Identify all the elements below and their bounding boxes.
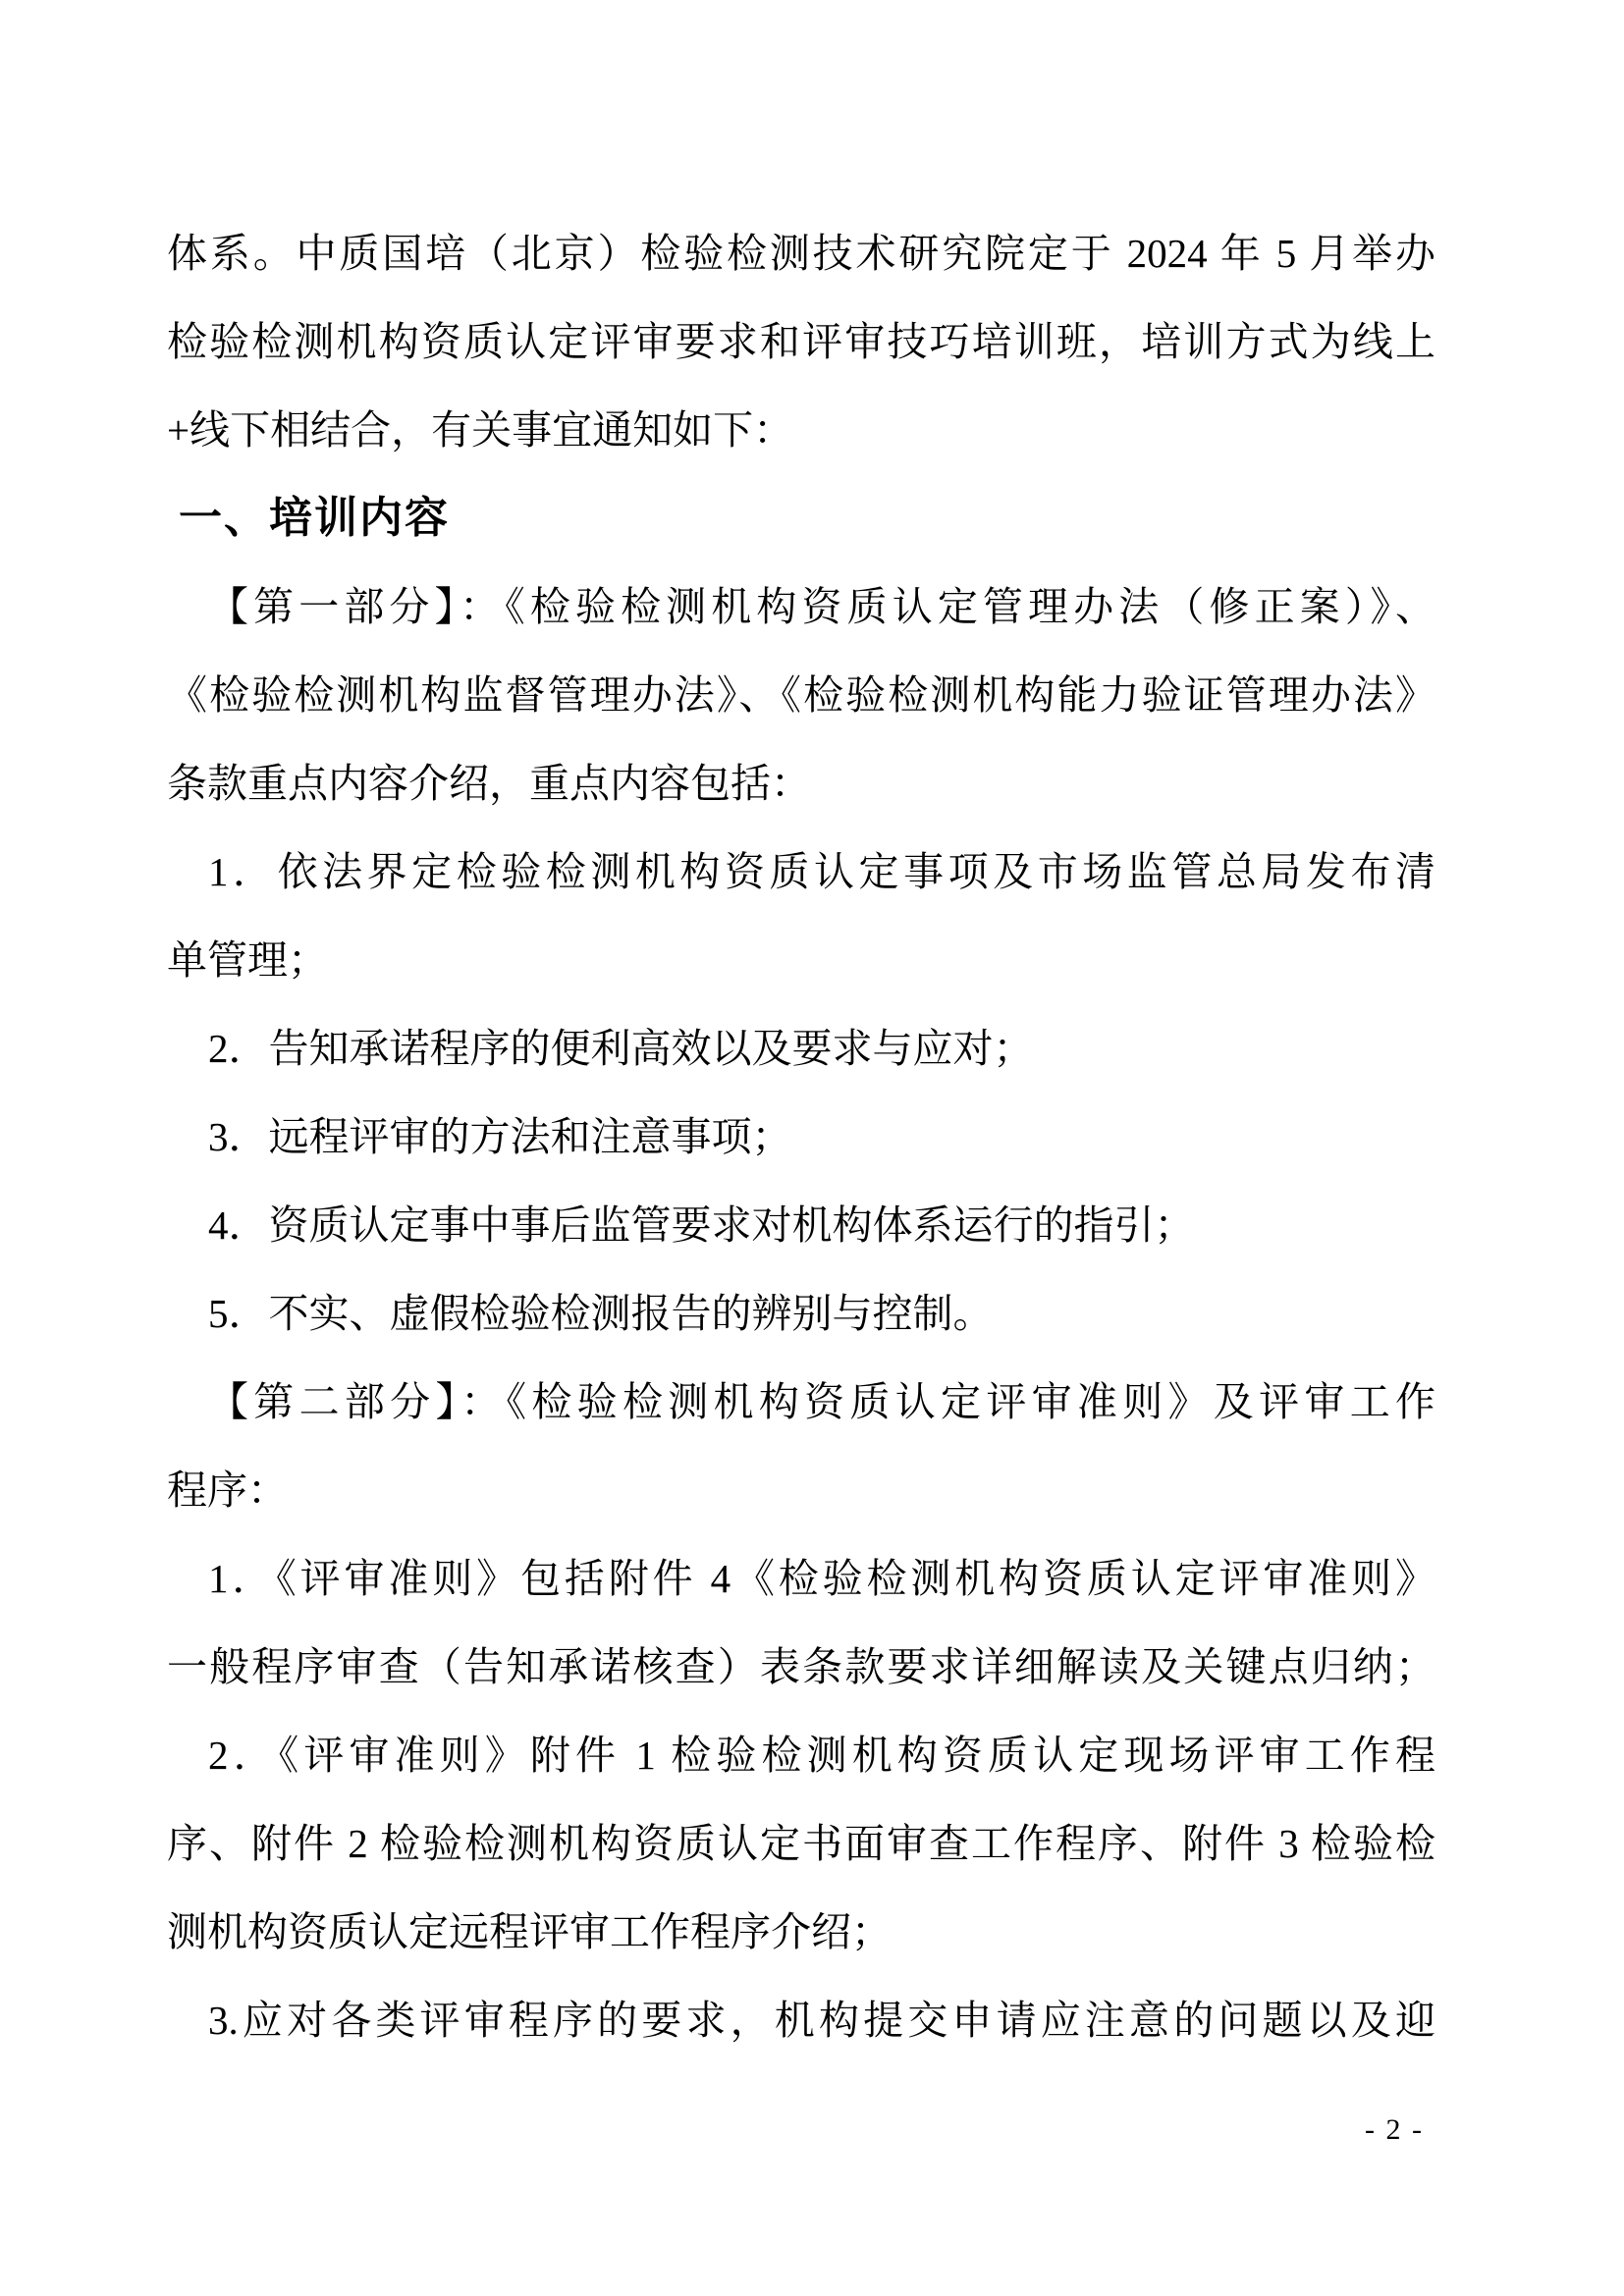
list-item-line: 2．《评审准则》附件 1 检验检测机构资质认定现场评审工作程 bbox=[167, 1711, 1435, 1799]
document-page: 体系。中质国培（北京）检验检测技术研究院定于 2024 年 5 月举办 检验检测… bbox=[0, 0, 1624, 2296]
text-line: 【第二部分】：《检验检测机构资质认定评审准则》及评审工作 bbox=[167, 1358, 1435, 1446]
text-line: 程序： bbox=[167, 1446, 1435, 1534]
list-item-line: 3.应对各类评审程序的要求，机构提交申请应注意的问题以及迎 bbox=[167, 1976, 1435, 2064]
text-line: 【第一部分】：《检验检测机构资质认定管理办法（修正案）》、 bbox=[167, 562, 1435, 651]
document-body: 体系。中质国培（北京）检验检测技术研究院定于 2024 年 5 月举办 检验检测… bbox=[167, 209, 1435, 2064]
text-line: 单管理； bbox=[167, 916, 1435, 1004]
text-line: +线下相结合，有关事宜通知如下： bbox=[167, 386, 1435, 474]
section-heading: 一、培训内容 bbox=[167, 474, 1435, 562]
text-line: 检验检测机构资质认定评审要求和评审技巧培训班，培训方式为线上 bbox=[167, 297, 1435, 386]
list-item-line: 5．不实、虚假检验检测报告的辨别与控制。 bbox=[167, 1269, 1435, 1358]
page-number: - 2 - bbox=[1365, 2109, 1424, 2152]
list-item-line: 1．依法界定检验检测机构资质认定事项及市场监管总局发布清 bbox=[167, 828, 1435, 916]
text-line: 体系。中质国培（北京）检验检测技术研究院定于 2024 年 5 月举办 bbox=[167, 209, 1435, 297]
list-item-line: 4．资质认定事中事后监管要求对机构体系运行的指引； bbox=[167, 1181, 1435, 1269]
text-line: 测机构资质认定远程评审工作程序介绍； bbox=[167, 1888, 1435, 1976]
list-item-line: 1．《评审准则》包括附件 4《检验检测机构资质认定评审准则》 bbox=[167, 1534, 1435, 1623]
text-line: 序、附件 2 检验检测机构资质认定书面审查工作程序、附件 3 检验检 bbox=[167, 1799, 1435, 1888]
list-item-line: 3．远程评审的方法和注意事项； bbox=[167, 1093, 1435, 1181]
text-line: 条款重点内容介绍，重点内容包括： bbox=[167, 739, 1435, 828]
text-line: 《检验检测机构监督管理办法》、《检验检测机构能力验证管理办法》 bbox=[167, 651, 1435, 739]
list-item-line: 2．告知承诺程序的便利高效以及要求与应对； bbox=[167, 1004, 1435, 1093]
text-line: 一般程序审查（告知承诺核查）表条款要求详细解读及关键点归纳； bbox=[167, 1623, 1435, 1711]
